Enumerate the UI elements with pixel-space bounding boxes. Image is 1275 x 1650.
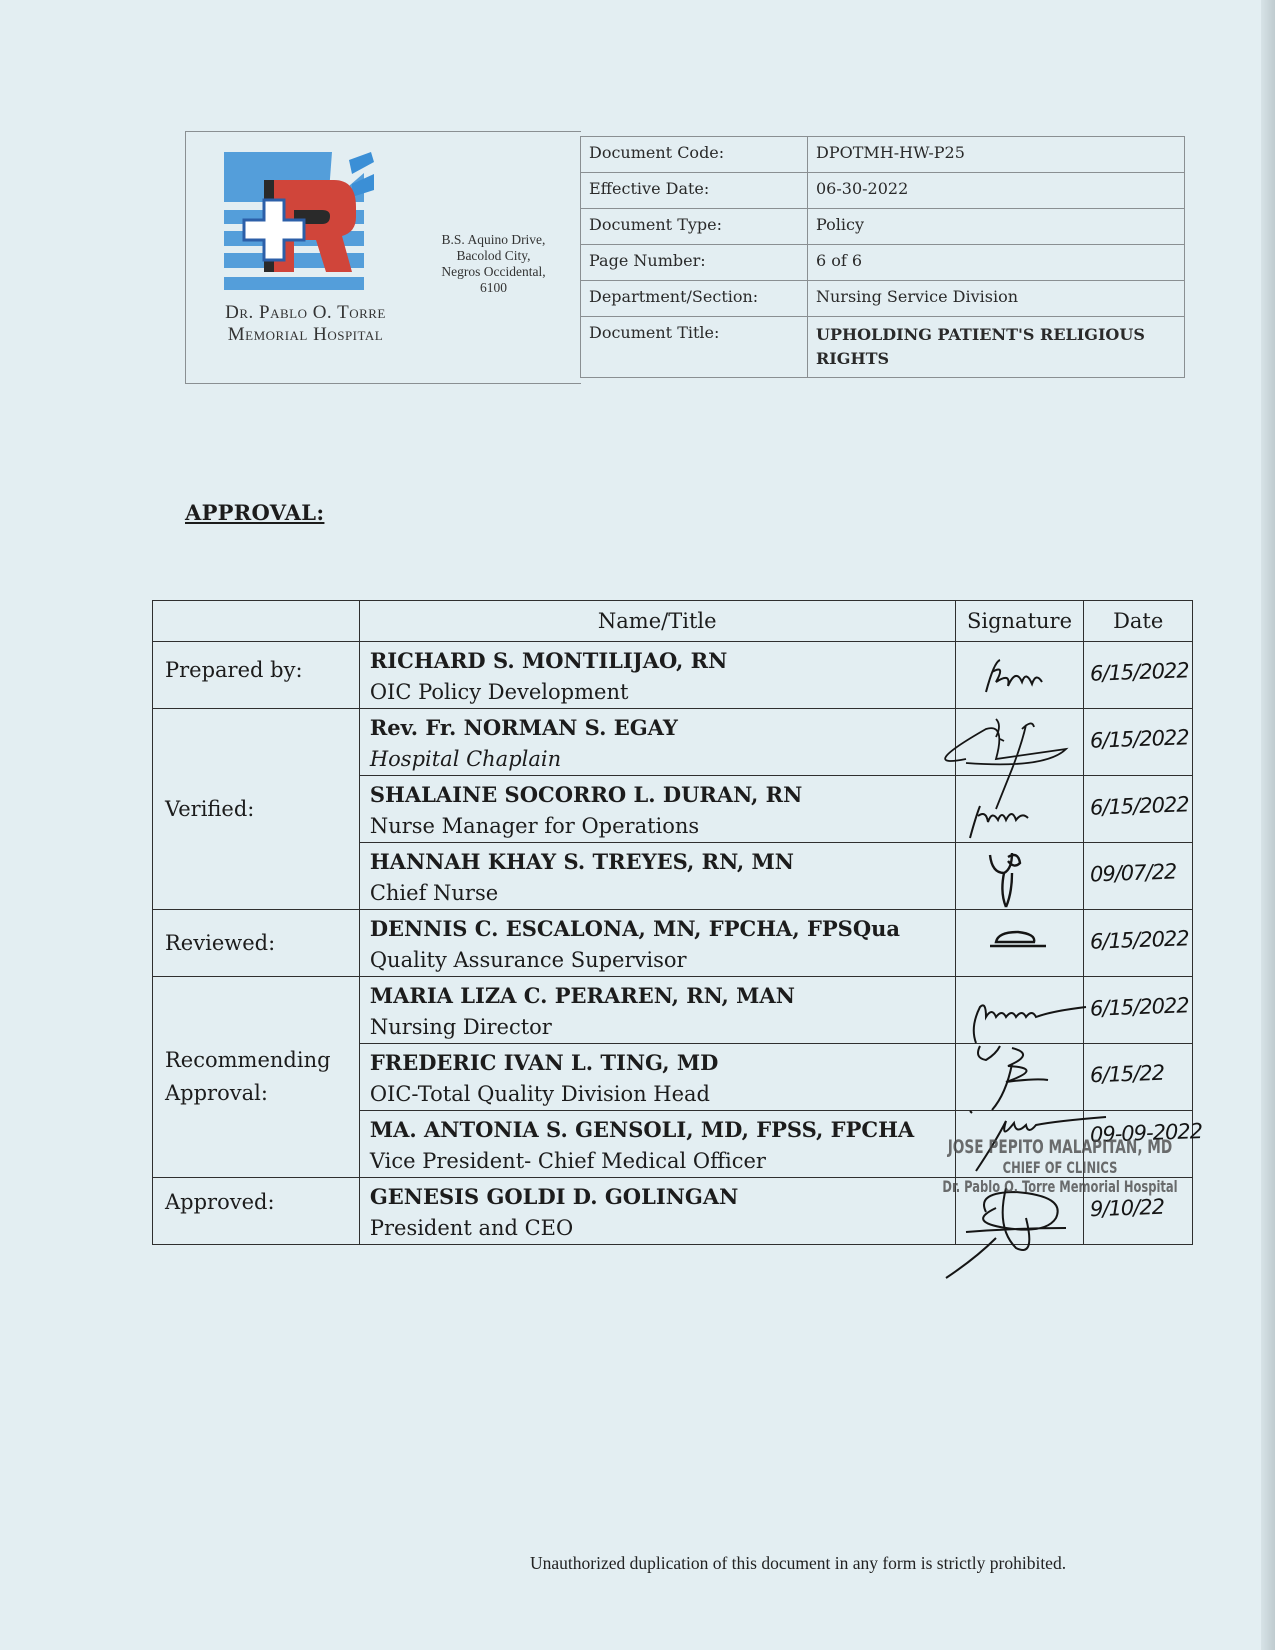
hospital-name-line1: Dr. Pablo O. Torre	[198, 302, 413, 324]
address-line: Bacolod City,	[411, 248, 576, 264]
date-cell: 6/15/2022	[1084, 910, 1193, 977]
person-name: MARIA LIZA C. PERAREN, RN, MAN	[370, 979, 945, 1012]
person-title: Nursing Director	[370, 1012, 945, 1043]
info-row-document-code: Document Code: DPOTMH-HW-P25	[581, 137, 1185, 173]
name-title-cell: DENNIS C. ESCALONA, MN, FPCHA, FPSQua Qu…	[359, 910, 955, 977]
signature-icon	[956, 1044, 1085, 1110]
department-value: Nursing Service Division	[808, 281, 1185, 317]
info-row-document-type: Document Type: Policy	[581, 209, 1185, 245]
info-row-document-title: Document Title: UPHOLDING PATIENT'S RELI…	[581, 317, 1185, 378]
field-label: Page Number:	[581, 245, 808, 281]
column-header-role	[153, 601, 360, 642]
address-line: Negros Occidental,	[411, 264, 576, 280]
person-name: GENESIS GOLDI D. GOLINGAN	[370, 1180, 945, 1213]
signature-icon	[956, 977, 1085, 1043]
signature-cell	[955, 1044, 1084, 1111]
signed-date: 6/15/2022	[1090, 725, 1189, 752]
person-name: Rev. Fr. NORMAN S. EGAY	[370, 711, 945, 744]
field-label: Document Title:	[581, 317, 808, 378]
document-info-table: Document Code: DPOTMH-HW-P25 Effective D…	[580, 136, 1185, 378]
table-row: Reviewed: DENNIS C. ESCALONA, MN, FPCHA,…	[153, 910, 1193, 977]
person-title: Nurse Manager for Operations	[370, 811, 945, 842]
signature-cell	[955, 642, 1084, 709]
person-title: Vice President- Chief Medical Officer	[370, 1146, 945, 1177]
name-title-cell: Rev. Fr. NORMAN S. EGAY Hospital Chaplai…	[359, 709, 955, 776]
signed-date: 6/15/2022	[1090, 792, 1189, 819]
signature-cell	[955, 977, 1084, 1044]
person-title: Quality Assurance Supervisor	[370, 945, 945, 976]
person-title: OIC Policy Development	[370, 677, 945, 708]
field-label: Effective Date:	[581, 173, 808, 209]
table-row: Verified: Rev. Fr. NORMAN S. EGAY Hospit…	[153, 709, 1193, 776]
signed-date: 6/15/22	[1090, 1061, 1165, 1088]
signature-icon	[956, 642, 1085, 708]
date-cell: 6/15/2022	[1084, 776, 1193, 843]
name-title-cell: MA. ANTONIA S. GENSOLI, MD, FPSS, FPCHA …	[359, 1111, 955, 1178]
person-name: SHALAINE SOCORRO L. DURAN, RN	[370, 778, 945, 811]
person-name: RICHARD S. MONTILIJAO, RN	[370, 644, 945, 677]
role-label: Recommending Approval:	[153, 977, 360, 1178]
signed-date: 6/15/2022	[1090, 926, 1189, 953]
effective-date-value: 06-30-2022	[808, 173, 1185, 209]
stamp-name: JOSE PEPITO MALAPITAN, MD	[932, 1136, 1188, 1158]
person-name: FREDERIC IVAN L. TING, MD	[370, 1046, 945, 1079]
info-row-department: Department/Section: Nursing Service Divi…	[581, 281, 1185, 317]
document-title-value: UPHOLDING PATIENT'S RELIGIOUS RIGHTS	[808, 317, 1185, 378]
stamp-institution: Dr. Pablo O. Torre Memorial Hospital	[932, 1177, 1188, 1196]
duplication-notice: Unauthorized duplication of this documen…	[530, 1553, 1066, 1574]
signature-cell	[955, 910, 1084, 977]
signature-cell	[955, 843, 1084, 910]
address-line: 6100	[411, 280, 576, 296]
hospital-address: B.S. Aquino Drive, Bacolod City, Negros …	[411, 232, 576, 296]
column-header-signature: Signature	[955, 601, 1084, 642]
stamp-title: CHIEF OF CLINICS	[932, 1158, 1188, 1177]
chief-of-clinics-stamp: JOSE PEPITO MALAPITAN, MD CHIEF OF CLINI…	[900, 1136, 1220, 1196]
date-cell: 6/15/2022	[1084, 709, 1193, 776]
address-line: B.S. Aquino Drive,	[411, 232, 576, 248]
person-title: Hospital Chaplain	[370, 744, 945, 775]
info-row-page-number: Page Number: 6 of 6	[581, 245, 1185, 281]
hospital-identity-cell: Dr. Pablo O. Torre Memorial Hospital B.S…	[185, 131, 581, 384]
name-title-cell: SHALAINE SOCORRO L. DURAN, RN Nurse Mana…	[359, 776, 955, 843]
document-header: Dr. Pablo O. Torre Memorial Hospital B.S…	[185, 131, 1185, 390]
signature-icon	[956, 910, 1085, 976]
field-label: Department/Section:	[581, 281, 808, 317]
role-label: Prepared by:	[153, 642, 360, 709]
column-header-date: Date	[1084, 601, 1193, 642]
signature-cell	[955, 776, 1084, 843]
person-title: President and CEO	[370, 1213, 945, 1244]
date-cell: 6/15/22	[1084, 1044, 1193, 1111]
person-title: Chief Nurse	[370, 878, 945, 909]
column-header-name-title: Name/Title	[359, 601, 955, 642]
signature-cell	[955, 709, 1084, 776]
role-label: Reviewed:	[153, 910, 360, 977]
document-type-value: Policy	[808, 209, 1185, 245]
person-title: OIC-Total Quality Division Head	[370, 1079, 945, 1110]
role-label: Verified:	[153, 709, 360, 910]
signature-icon	[956, 709, 1085, 775]
signed-date: 9/10/22	[1090, 1195, 1165, 1222]
approval-heading: APPROVAL:	[185, 500, 324, 525]
hospital-name: Dr. Pablo O. Torre Memorial Hospital	[198, 302, 413, 346]
name-title-cell: RICHARD S. MONTILIJAO, RN OIC Policy Dev…	[359, 642, 955, 709]
approval-table-header: Name/Title Signature Date	[153, 601, 1193, 642]
field-label: Document Type:	[581, 209, 808, 245]
name-title-cell: GENESIS GOLDI D. GOLINGAN President and …	[359, 1178, 955, 1245]
person-name: MA. ANTONIA S. GENSOLI, MD, FPSS, FPCHA	[370, 1113, 945, 1146]
table-row: Recommending Approval: MARIA LIZA C. PER…	[153, 977, 1193, 1044]
role-label: Approved:	[153, 1178, 360, 1245]
hospital-logo-icon	[224, 152, 379, 302]
date-cell: 09/07/22	[1084, 843, 1193, 910]
signed-date: 09/07/22	[1090, 860, 1177, 887]
name-title-cell: FREDERIC IVAN L. TING, MD OIC-Total Qual…	[359, 1044, 955, 1111]
field-label: Document Code:	[581, 137, 808, 173]
document-code-value: DPOTMH-HW-P25	[808, 137, 1185, 173]
signed-date: 6/15/2022	[1090, 658, 1189, 685]
page-number-value: 6 of 6	[808, 245, 1185, 281]
scan-page-edge	[1261, 0, 1275, 1650]
signature-icon	[956, 843, 1085, 909]
hospital-name-line2: Memorial Hospital	[198, 324, 413, 346]
info-row-effective-date: Effective Date: 06-30-2022	[581, 173, 1185, 209]
name-title-cell: HANNAH KHAY S. TREYES, RN, MN Chief Nurs…	[359, 843, 955, 910]
date-cell: 6/15/2022	[1084, 642, 1193, 709]
date-cell: 6/15/2022	[1084, 977, 1193, 1044]
signed-date: 6/15/2022	[1090, 993, 1189, 1020]
signature-icon	[956, 776, 1085, 842]
name-title-cell: MARIA LIZA C. PERAREN, RN, MAN Nursing D…	[359, 977, 955, 1044]
person-name: HANNAH KHAY S. TREYES, RN, MN	[370, 845, 945, 878]
person-name: DENNIS C. ESCALONA, MN, FPCHA, FPSQua	[370, 912, 945, 945]
table-row: Prepared by: RICHARD S. MONTILIJAO, RN O…	[153, 642, 1193, 709]
